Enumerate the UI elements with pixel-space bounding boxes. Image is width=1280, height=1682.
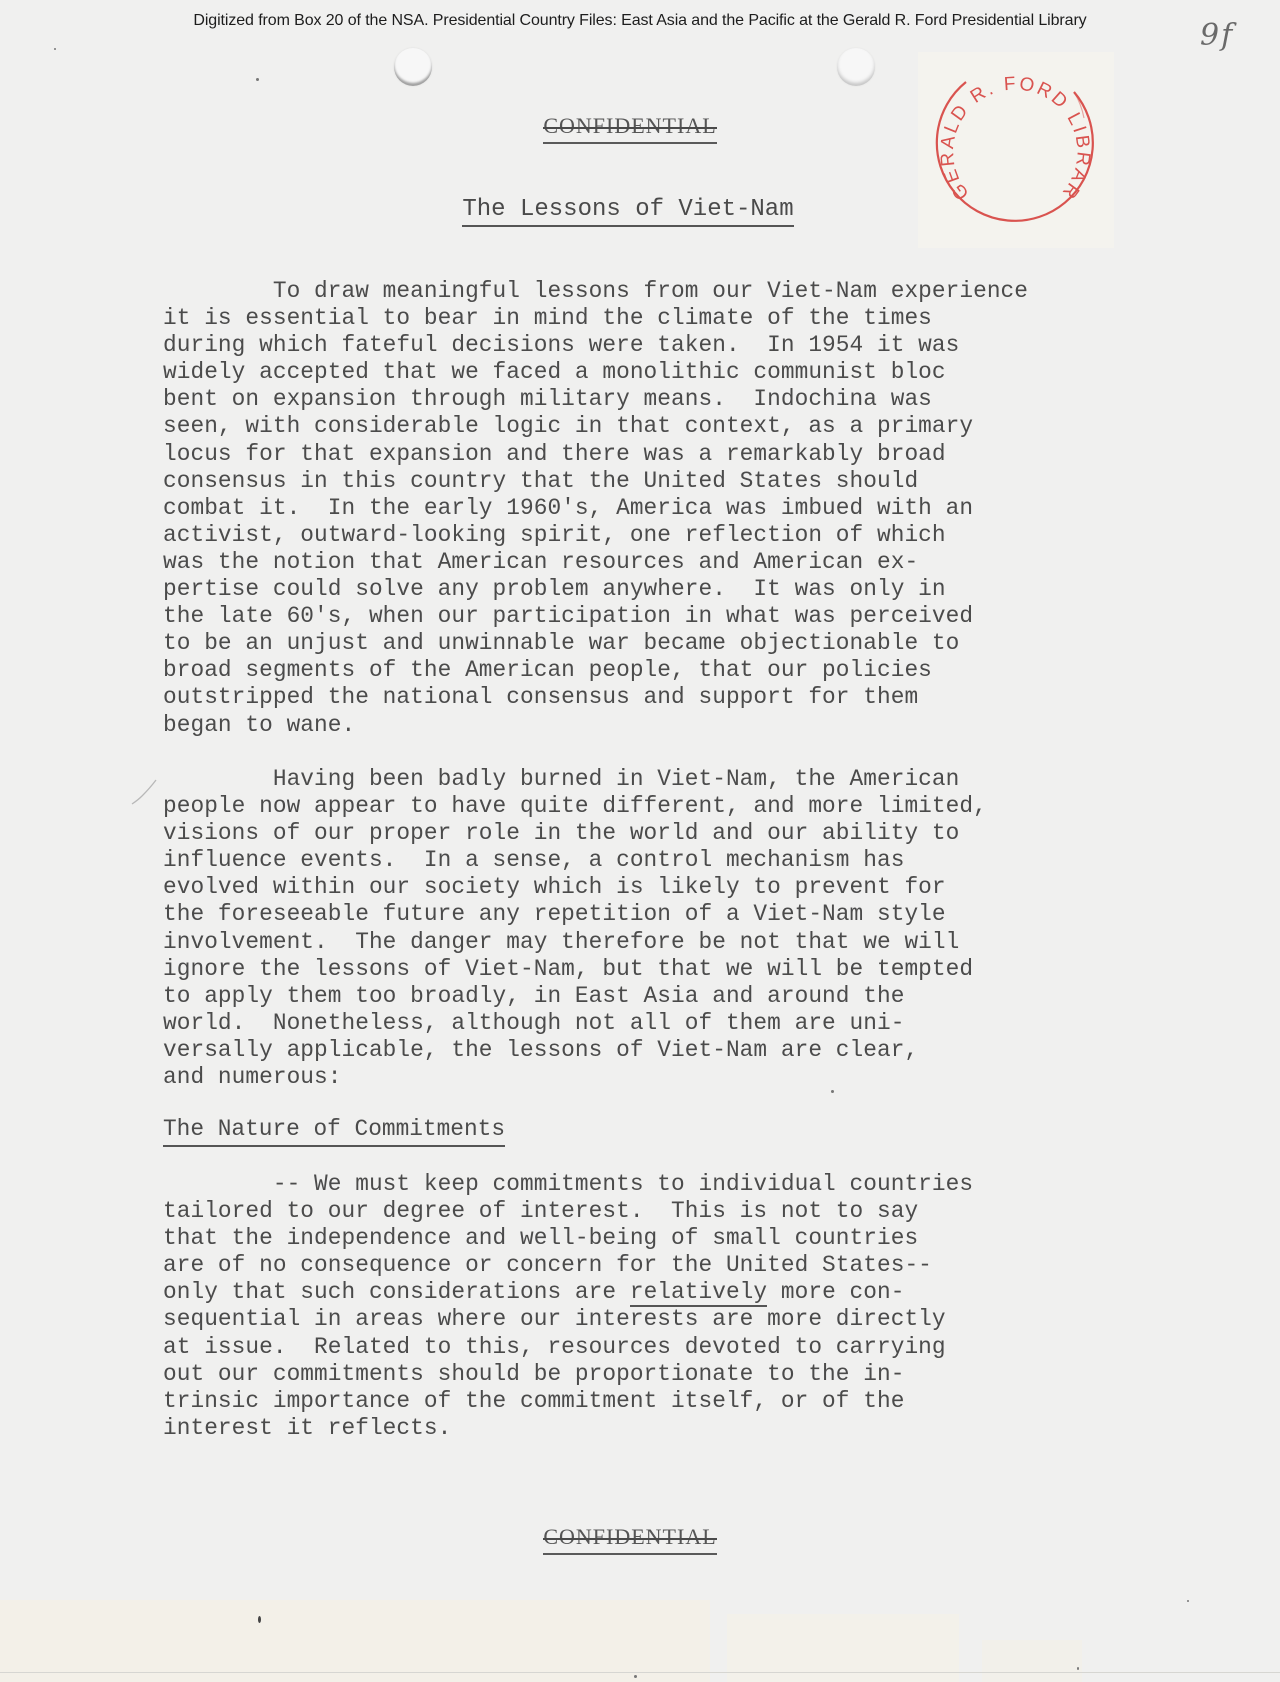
paper-speck (831, 1090, 834, 1093)
paper-speck (258, 1616, 261, 1623)
underlined-emphasis: relatively (630, 1279, 767, 1307)
paragraph: Having been badly burned in Viet-Nam, th… (163, 766, 1163, 1091)
paper-speck (1077, 1667, 1079, 1670)
scan-edge-line (0, 1672, 1280, 1673)
section-heading: The Nature of Commitments (163, 1116, 505, 1142)
paper-tint (982, 1640, 1082, 1682)
classification-label: CONFIDENTIAL (543, 1524, 716, 1555)
handwritten-annotation: 9f (1200, 18, 1234, 53)
paper-speck (1187, 1600, 1189, 1602)
punch-hole-icon (394, 48, 432, 86)
digitized-notice: Digitized from Box 20 of the NSA. Presid… (0, 12, 1280, 30)
punch-hole-icon (837, 48, 875, 86)
paragraph: To draw meaningful lessons from our Viet… (163, 278, 1163, 739)
document-title: The Lessons of Viet-Nam (0, 196, 1256, 223)
paper-speck (256, 78, 259, 81)
classification-marking-bottom: CONFIDENTIAL (0, 1524, 1260, 1555)
paper-tint (0, 1600, 710, 1682)
document-title-text: The Lessons of Viet-Nam (462, 196, 793, 227)
classification-label: CONFIDENTIAL (543, 113, 716, 144)
classification-marking-top: CONFIDENTIAL (0, 113, 1260, 144)
section-heading-text: The Nature of Commitments (163, 1116, 505, 1147)
document-page: Digitized from Box 20 of the NSA. Presid… (0, 0, 1280, 1682)
paper-speck (54, 48, 56, 50)
section-paragraph: -- We must keep commitments to individua… (163, 1171, 1163, 1442)
paper-speck (634, 1675, 637, 1678)
